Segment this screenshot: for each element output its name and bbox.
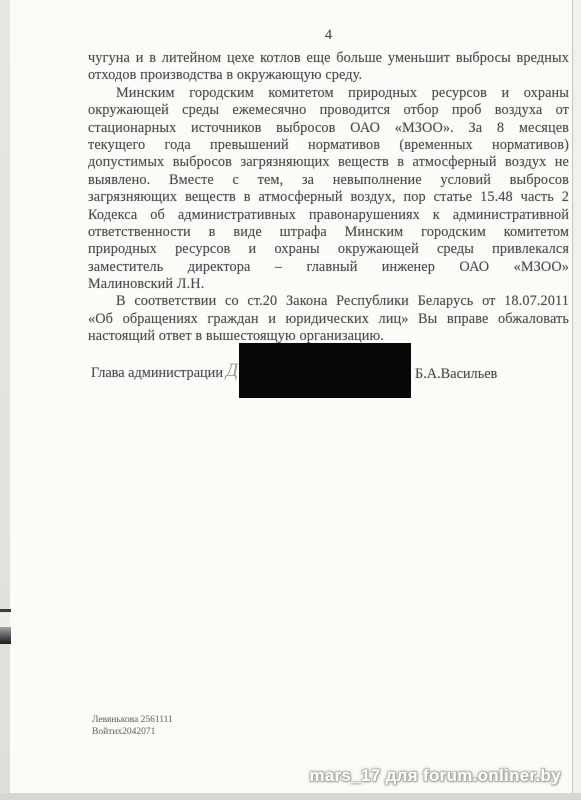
text-line: отходов производства в окружающую среду.: [88, 67, 569, 84]
page-number: 4: [88, 27, 569, 44]
scan-left-edge: [0, 0, 10, 800]
signature-remnant-mark: Д: [226, 360, 238, 382]
text-line: Кодекса об административных правонарушен…: [88, 207, 569, 224]
text-line: допустимых выбросов загрязняющих веществ…: [88, 154, 569, 171]
text-line: загрязняющих веществ в атмосферный возду…: [88, 189, 569, 206]
text-line: В соответствии со ст.20 Закона Республик…: [88, 293, 569, 310]
scanned-letter-page: 4 чугуна и в литейном цехе котлов еще бо…: [0, 0, 581, 800]
letter-body: чугуна и в литейном цехе котлов еще боль…: [88, 50, 569, 346]
redaction-box: [239, 343, 411, 398]
footer-contacts: Левянькова 2561111 Войтих2042071: [92, 715, 173, 738]
signature-role-label: Глава администрации: [91, 365, 223, 382]
text-line: Малиновский Л.Н.: [88, 276, 569, 293]
contact-line: Войтих2042071: [92, 727, 173, 739]
text-line: «Об обращениях граждан и юридических лиц…: [88, 311, 569, 328]
text-line: окружающей среды ежемесячно проводится о…: [88, 102, 569, 119]
text-line: природных ресурсов и охраны окружающей с…: [88, 241, 569, 258]
scan-artifact-blob: [0, 627, 11, 644]
signature-name: Б.А.Васильев: [415, 366, 497, 383]
text-line: заместитель директора – главный инженер …: [88, 259, 569, 276]
scan-artifact-line: [0, 609, 11, 612]
scan-artifact-gap: [0, 613, 10, 627]
text-line: стационарных источников выбросов ОАО «МЗ…: [88, 120, 569, 137]
text-line: Минским городским комитетом природных ре…: [88, 85, 569, 102]
text-line: текущего года превышений нормативов (вре…: [88, 137, 569, 154]
text-line: выявлено. Вместе с тем, за невыполнение …: [88, 172, 569, 189]
scan-bottom-edge: [0, 793, 581, 800]
scan-right-edge: [573, 0, 581, 794]
text-line: ответственности в виде штрафа Минским го…: [88, 224, 569, 241]
text-line: чугуна и в литейном цехе котлов еще боль…: [88, 50, 569, 67]
watermark: mars_17 для forum.onliner.by: [309, 766, 561, 786]
contact-line: Левянькова 2561111: [92, 715, 173, 727]
